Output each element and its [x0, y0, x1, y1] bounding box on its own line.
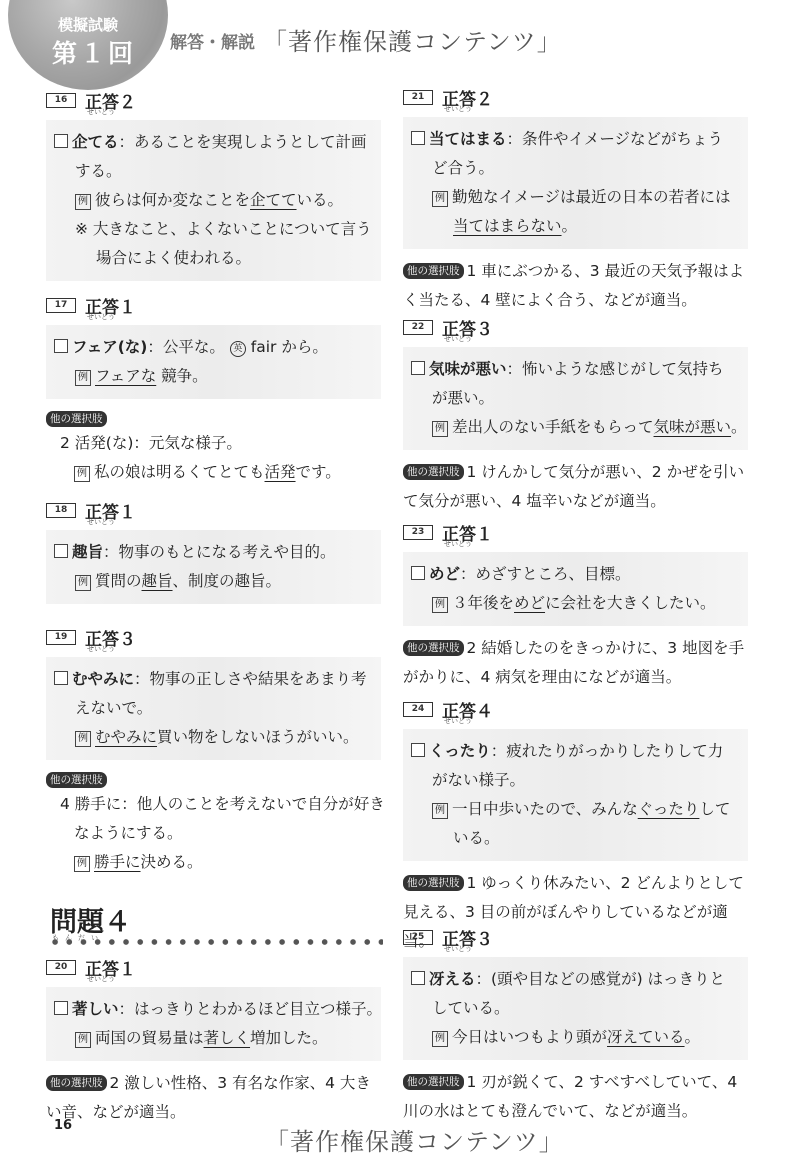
other-choices-block: 他の選択肢1 車にぶつかる、3 最近の天気予報はよく当たる、4 壁によく合う、な…: [403, 257, 748, 315]
checkbox-icon[interactable]: [54, 339, 68, 353]
entry-line: なようにする。: [46, 819, 381, 848]
question-24: 24正答４せいとうくったり：疲れたりがっかりしたりして力がない様子。例一日中歩い…: [403, 697, 748, 956]
question-number: 21: [403, 90, 433, 105]
entry-line: ※ 大きなこと、よくないことについて言う: [54, 215, 373, 244]
line-text-after: 増加した。: [250, 1029, 328, 1047]
checkbox-icon[interactable]: [411, 131, 425, 145]
line-text: ：条件やイメージなどがちょう: [507, 130, 724, 148]
other-choices-tag: 他の選択肢: [46, 772, 107, 788]
other-choices-block: 他の選択肢2 激しい性格、3 有名な作家、4 大きい音、などが適当。: [46, 1069, 381, 1127]
example-icon: 例: [432, 421, 448, 437]
underlined-term: 気味が悪い: [654, 418, 732, 436]
entry-line: フェア(な)：公平な。 英 fair から。: [54, 333, 373, 362]
entry-line: 例３年後をめどに会社を大きくしたい。: [411, 589, 740, 618]
question-25: 25正答３せいとう冴える：(頭や目などの感覚が) はっきりとしている。例今日はい…: [403, 925, 748, 1126]
checkbox-icon[interactable]: [411, 971, 425, 985]
answer-ruby: せいとう: [444, 539, 472, 549]
correct-answer: 正答１せいとう: [85, 293, 136, 318]
line-text: 質問の: [95, 572, 142, 590]
line-text: 今日はいつもより頭が: [452, 1028, 607, 1046]
line-text-after: に会社を大きくしたい。: [545, 594, 716, 612]
question-21: 21正答２せいとう当てはまる：条件やイメージなどがちょうど合う。例勤勉なイメージ…: [403, 85, 748, 315]
explanation-box: 趣旨：物事のもとになる考えや目的。例質問の趣旨、制度の趣旨。: [46, 530, 381, 604]
question-header: 22正答３せいとう: [403, 315, 748, 345]
english-origin-icon: 英: [230, 341, 246, 357]
line-text: 勤勉なイメージは最近の日本の若者には: [452, 188, 731, 206]
other-choices-tag-row: 他の選択肢: [46, 409, 381, 429]
line-text: 4 勝手に：他人のことを考えないで自分が好き: [60, 795, 385, 813]
checkbox-icon[interactable]: [54, 671, 68, 685]
checkbox-icon[interactable]: [54, 1001, 68, 1015]
entry-line: 例勤勉なイメージは最近の日本の若者には: [411, 183, 740, 212]
correct-answer: 正答３せいとう: [85, 625, 136, 650]
vocab-term: くったり: [429, 742, 491, 760]
answer-ruby: せいとう: [87, 107, 115, 117]
other-choices-tag: 他の選択肢: [403, 464, 464, 480]
entry-line: 4 勝手に：他人のことを考えないで自分が好き: [46, 790, 381, 819]
question-22: 22正答３せいとう気味が悪い：怖いような感じがして気持ちが悪い。例差出人のない手…: [403, 315, 748, 516]
answer-ruby: せいとう: [87, 974, 115, 984]
explanation-box: くったり：疲れたりがっかりしたりして力がない様子。例一日中歩いたので、みんなぐっ…: [403, 729, 748, 861]
line-text-after: 買い物をしないほうがいい。: [157, 728, 359, 746]
question-header: 17正答１せいとう: [46, 293, 381, 323]
line-text-after: 競争。: [156, 367, 207, 385]
other-choices-block: 他の選択肢4 勝手に：他人のことを考えないで自分が好きなようにする。例勝手に決め…: [46, 770, 381, 877]
other-choices-tag: 他の選択肢: [403, 1074, 464, 1090]
example-icon: 例: [432, 803, 448, 819]
question-header: 24正答４せいとう: [403, 697, 748, 727]
line-text-after: です。: [296, 463, 341, 481]
entry-line: 趣旨：物事のもとになる考えや目的。: [54, 538, 373, 567]
explanation-box: 企てる：あることを実現しようとして計画する。例彼らは何か変なことを企てている。※…: [46, 120, 381, 281]
correct-answer: 正答１せいとう: [442, 520, 493, 545]
question-18: 18正答１せいとう趣旨：物事のもとになる考えや目的。例質問の趣旨、制度の趣旨。: [46, 498, 381, 604]
page-number: 16: [54, 1118, 72, 1133]
correct-answer: 正答２せいとう: [442, 85, 493, 110]
question-17: 17正答１せいとうフェア(な)：公平な。 英 fair から。例フェアな 競争。…: [46, 293, 381, 487]
question-number: 17: [46, 298, 76, 313]
question-header: 21正答２せいとう: [403, 85, 748, 115]
explanation-box: 冴える：(頭や目などの感覚が) はっきりとしている。例今日はいつもより頭が冴えて…: [403, 957, 748, 1060]
entry-line: 例質問の趣旨、制度の趣旨。: [54, 567, 373, 596]
line-text: ：めざすところ、目標。: [460, 565, 631, 583]
vocab-term: 当てはまる: [429, 130, 507, 148]
entry-line: 2 活発(な)：元気な様子。: [46, 429, 381, 458]
example-icon: 例: [75, 194, 91, 210]
entry-line: くったり：疲れたりがっかりしたりして力: [411, 737, 740, 766]
explanation-box: めど：めざすところ、目標。例３年後をめどに会社を大きくしたい。: [403, 552, 748, 626]
header-watermark: 「著作権保護コンテンツ」: [263, 22, 562, 57]
vocab-term: 企てる: [72, 133, 119, 151]
entry-line: がない様子。: [411, 766, 740, 795]
question-19: 19正答３せいとうむやみに：物事の正しさや結果をあまり考えないで。例むやみに買い…: [46, 625, 381, 877]
question-number: 25: [403, 930, 433, 945]
question-number: 22: [403, 320, 433, 335]
vocab-term: 気味が悪い: [429, 360, 507, 378]
entry-line: むやみに：物事の正しさや結果をあまり考: [54, 665, 373, 694]
line-text: ３年後を: [452, 594, 514, 612]
answer-ruby: せいとう: [444, 334, 472, 344]
example-icon: 例: [75, 731, 91, 747]
entry-line: 例彼らは何か変なことを企てている。: [54, 186, 373, 215]
correct-answer: 正答１せいとう: [85, 498, 136, 523]
underlined-term: 勝手に: [94, 853, 141, 871]
underlined-term: 趣旨: [142, 572, 173, 590]
entry-line: 例私の娘は明るくてとても活発です。: [46, 458, 381, 487]
entry-line: 著しい：はっきりとわかるほど目立つ様子。: [54, 995, 373, 1024]
checkbox-icon[interactable]: [54, 134, 68, 148]
other-choices-block: 他の選択肢1 刃が鋭くて、2 すべすべしていて、4 川の水はとても澄んでいて、な…: [403, 1068, 748, 1126]
other-choices-tag: 他の選択肢: [46, 1075, 107, 1091]
correct-answer: 正答４せいとう: [442, 697, 493, 722]
line-text: 私の娘は明るくてとても: [94, 463, 265, 481]
answer-ruby: せいとう: [87, 312, 115, 322]
vocab-term: めど: [429, 565, 460, 583]
example-icon: 例: [432, 191, 448, 207]
question-number: 18: [46, 503, 76, 518]
entry-line: 気味が悪い：怖いような感じがして気持ち: [411, 355, 740, 384]
line-text-after: して: [699, 800, 730, 818]
entry-line: いる。: [411, 824, 740, 853]
question-number: 16: [46, 93, 76, 108]
question-16: 16正答２せいとう企てる：あることを実現しようとして計画する。例彼らは何か変なこ…: [46, 88, 381, 281]
example-icon: 例: [432, 597, 448, 613]
question-number: 19: [46, 630, 76, 645]
entry-line: 例むやみに買い物をしないほうがいい。: [54, 723, 373, 752]
other-choices-block: 他の選択肢2 活発(な)：元気な様子。例私の娘は明るくてとても活発です。: [46, 409, 381, 487]
underlined-term: むやみに: [95, 728, 157, 746]
answer-ruby: せいとう: [87, 644, 115, 654]
answer-ruby: せいとう: [87, 517, 115, 527]
line-text: ：あることを実現しようとして計画: [119, 133, 367, 151]
question-23: 23正答１せいとうめど：めざすところ、目標。例３年後をめどに会社を大きくしたい。…: [403, 520, 748, 692]
answer-ruby: せいとう: [444, 944, 472, 954]
checkbox-icon[interactable]: [54, 544, 68, 558]
line-text: なようにする。: [74, 824, 183, 842]
line-text: ※ 大きなこと、よくないことについて言う: [75, 220, 372, 238]
underlined-term: 活発: [265, 463, 296, 481]
checkbox-icon[interactable]: [411, 566, 425, 580]
line-text: ：物事のもとになる考えや目的。: [103, 543, 336, 561]
line-text: えないで。: [75, 699, 152, 717]
answer-ruby: せいとう: [444, 104, 472, 114]
line-text: 彼らは何か変なことを: [95, 191, 250, 209]
correct-answer: 正答１せいとう: [85, 955, 136, 980]
line-text: 場合によく使われる。: [96, 249, 251, 267]
line-text: 差出人のない手紙をもらって: [452, 418, 654, 436]
example-icon: 例: [75, 575, 91, 591]
example-icon: 例: [74, 856, 90, 872]
question-number: 23: [403, 525, 433, 540]
underlined-term: フェアな: [95, 367, 156, 385]
entry-line: えないで。: [54, 694, 373, 723]
correct-answer: 正答３せいとう: [442, 925, 493, 950]
entry-line: ど合う。: [411, 154, 740, 183]
entry-line: する。: [54, 157, 373, 186]
line-text: ：公平な。: [147, 338, 225, 356]
underlined-term: ぐったり: [638, 800, 700, 818]
underlined-term: 企てて: [250, 191, 297, 209]
question-20: 20正答１せいとう著しい：はっきりとわかるほど目立つ様子。例両国の貿易量は著しく…: [46, 955, 381, 1127]
line-text: ：物事の正しさや結果をあまり考: [134, 670, 367, 688]
example-icon: 例: [75, 370, 91, 386]
badge-exam-label: 模擬試験: [58, 14, 118, 35]
entry-line: 冴える：(頭や目などの感覚が) はっきりと: [411, 965, 740, 994]
entry-line: 例今日はいつもより頭が冴えている。: [411, 1023, 740, 1052]
section-title: 解答・解説: [170, 28, 255, 53]
explanation-box: 気味が悪い：怖いような感じがして気持ちが悪い。例差出人のない手紙をもらって気味が…: [403, 347, 748, 450]
question-header: 23正答１せいとう: [403, 520, 748, 550]
correct-answer: 正答２せいとう: [85, 88, 136, 113]
line-text-after: 決める。: [141, 853, 203, 871]
entry-line: めど：めざすところ、目標。: [411, 560, 740, 589]
entry-line: 例差出人のない手紙をもらって気味が悪い。: [411, 413, 740, 442]
dotted-divider: [48, 938, 383, 946]
english-text: fair から。: [251, 338, 328, 356]
line-text: が悪い。: [432, 389, 494, 407]
entry-line: 例フェアな 競争。: [54, 362, 373, 391]
other-choices-tag: 他の選択肢: [403, 263, 464, 279]
entry-line: 例勝手に決める。: [46, 848, 381, 877]
explanation-box: 著しい：はっきりとわかるほど目立つ様子。例両国の貿易量は著しく増加した。: [46, 987, 381, 1061]
checkbox-icon[interactable]: [411, 743, 425, 757]
correct-answer: 正答３せいとう: [442, 315, 493, 340]
explanation-box: むやみに：物事の正しさや結果をあまり考えないで。例むやみに買い物をしないほうがい…: [46, 657, 381, 760]
explanation-box: 当てはまる：条件やイメージなどがちょうど合う。例勤勉なイメージは最近の日本の若者…: [403, 117, 748, 249]
line-text-after: 、制度の趣旨。: [173, 572, 282, 590]
entry-line: 当てはまる：条件やイメージなどがちょう: [411, 125, 740, 154]
example-icon: 例: [432, 1031, 448, 1047]
entry-line: 例両国の貿易量は著しく増加した。: [54, 1024, 373, 1053]
checkbox-icon[interactable]: [411, 361, 425, 375]
line-text: 2 活発(な)：元気な様子。: [60, 434, 242, 452]
other-choices-tag: 他の選択肢: [46, 411, 107, 427]
question-number: 24: [403, 702, 433, 717]
underlined-term: 著しく: [204, 1029, 251, 1047]
line-text-after: 。: [562, 217, 578, 235]
line-text: ：疲れたりがっかりしたりして力: [491, 742, 724, 760]
line-text: いる。: [453, 829, 500, 847]
entry-line: 例一日中歩いたので、みんなぐったりして: [411, 795, 740, 824]
line-text: している。: [432, 999, 510, 1017]
vocab-term: 著しい: [72, 1000, 119, 1018]
vocab-term: 冴える: [429, 970, 476, 988]
question-header: 19正答３せいとう: [46, 625, 381, 655]
entry-line: 企てる：あることを実現しようとして計画: [54, 128, 373, 157]
vocab-term: 趣旨: [72, 543, 103, 561]
line-text: する。: [75, 162, 122, 180]
question-header: 25正答３せいとう: [403, 925, 748, 955]
explanation-box: フェア(な)：公平な。 英 fair から。例フェアな 競争。: [46, 325, 381, 399]
other-choices-tag: 他の選択肢: [403, 875, 464, 891]
example-icon: 例: [75, 1032, 91, 1048]
line-text: ：(頭や目などの感覚が) はっきりと: [476, 970, 726, 988]
underlined-term: 当てはまらない: [453, 217, 562, 235]
badge-round-label: 第１回: [52, 34, 136, 70]
line-text: ：はっきりとわかるほど目立つ様子。: [119, 1000, 383, 1018]
footer-watermark: 「著作権保護コンテンツ」: [265, 1122, 564, 1157]
vocab-term: フェア(な): [72, 338, 147, 356]
underlined-term: 冴えている: [607, 1028, 685, 1046]
example-icon: 例: [74, 466, 90, 482]
question-header: 18正答１せいとう: [46, 498, 381, 528]
line-text-after: 。: [685, 1028, 701, 1046]
other-choices-tag-row: 他の選択肢: [46, 770, 381, 790]
entry-line: している。: [411, 994, 740, 1023]
other-choices-tag: 他の選択肢: [403, 640, 464, 656]
line-text-after: いる。: [297, 191, 344, 209]
line-text: ：怖いような感じがして気持ち: [507, 360, 724, 378]
question-header: 16正答２せいとう: [46, 88, 381, 118]
line-text: がない様子。: [432, 771, 525, 789]
vocab-term: むやみに: [72, 670, 134, 688]
question-header: 20正答１せいとう: [46, 955, 381, 985]
entry-line: が悪い。: [411, 384, 740, 413]
other-choices-block: 他の選択肢2 結婚したのをきっかけに、3 地図を手がかりに、4 病気を理由になど…: [403, 634, 748, 692]
question-number: 20: [46, 960, 76, 975]
other-choices-block: 他の選択肢1 けんかして気分が悪い、2 かぜを引いて気分が悪い、4 塩辛いなどが…: [403, 458, 748, 516]
line-text-after: 。: [731, 418, 747, 436]
entry-line: 場合によく使われる。: [54, 244, 373, 273]
line-text: ど合う。: [432, 159, 494, 177]
underlined-term: めど: [514, 594, 545, 612]
line-text: 両国の貿易量は: [95, 1029, 204, 1047]
answer-ruby: せいとう: [444, 716, 472, 726]
line-text: 一日中歩いたので、みんな: [452, 800, 638, 818]
entry-line: 当てはまらない。: [411, 212, 740, 241]
